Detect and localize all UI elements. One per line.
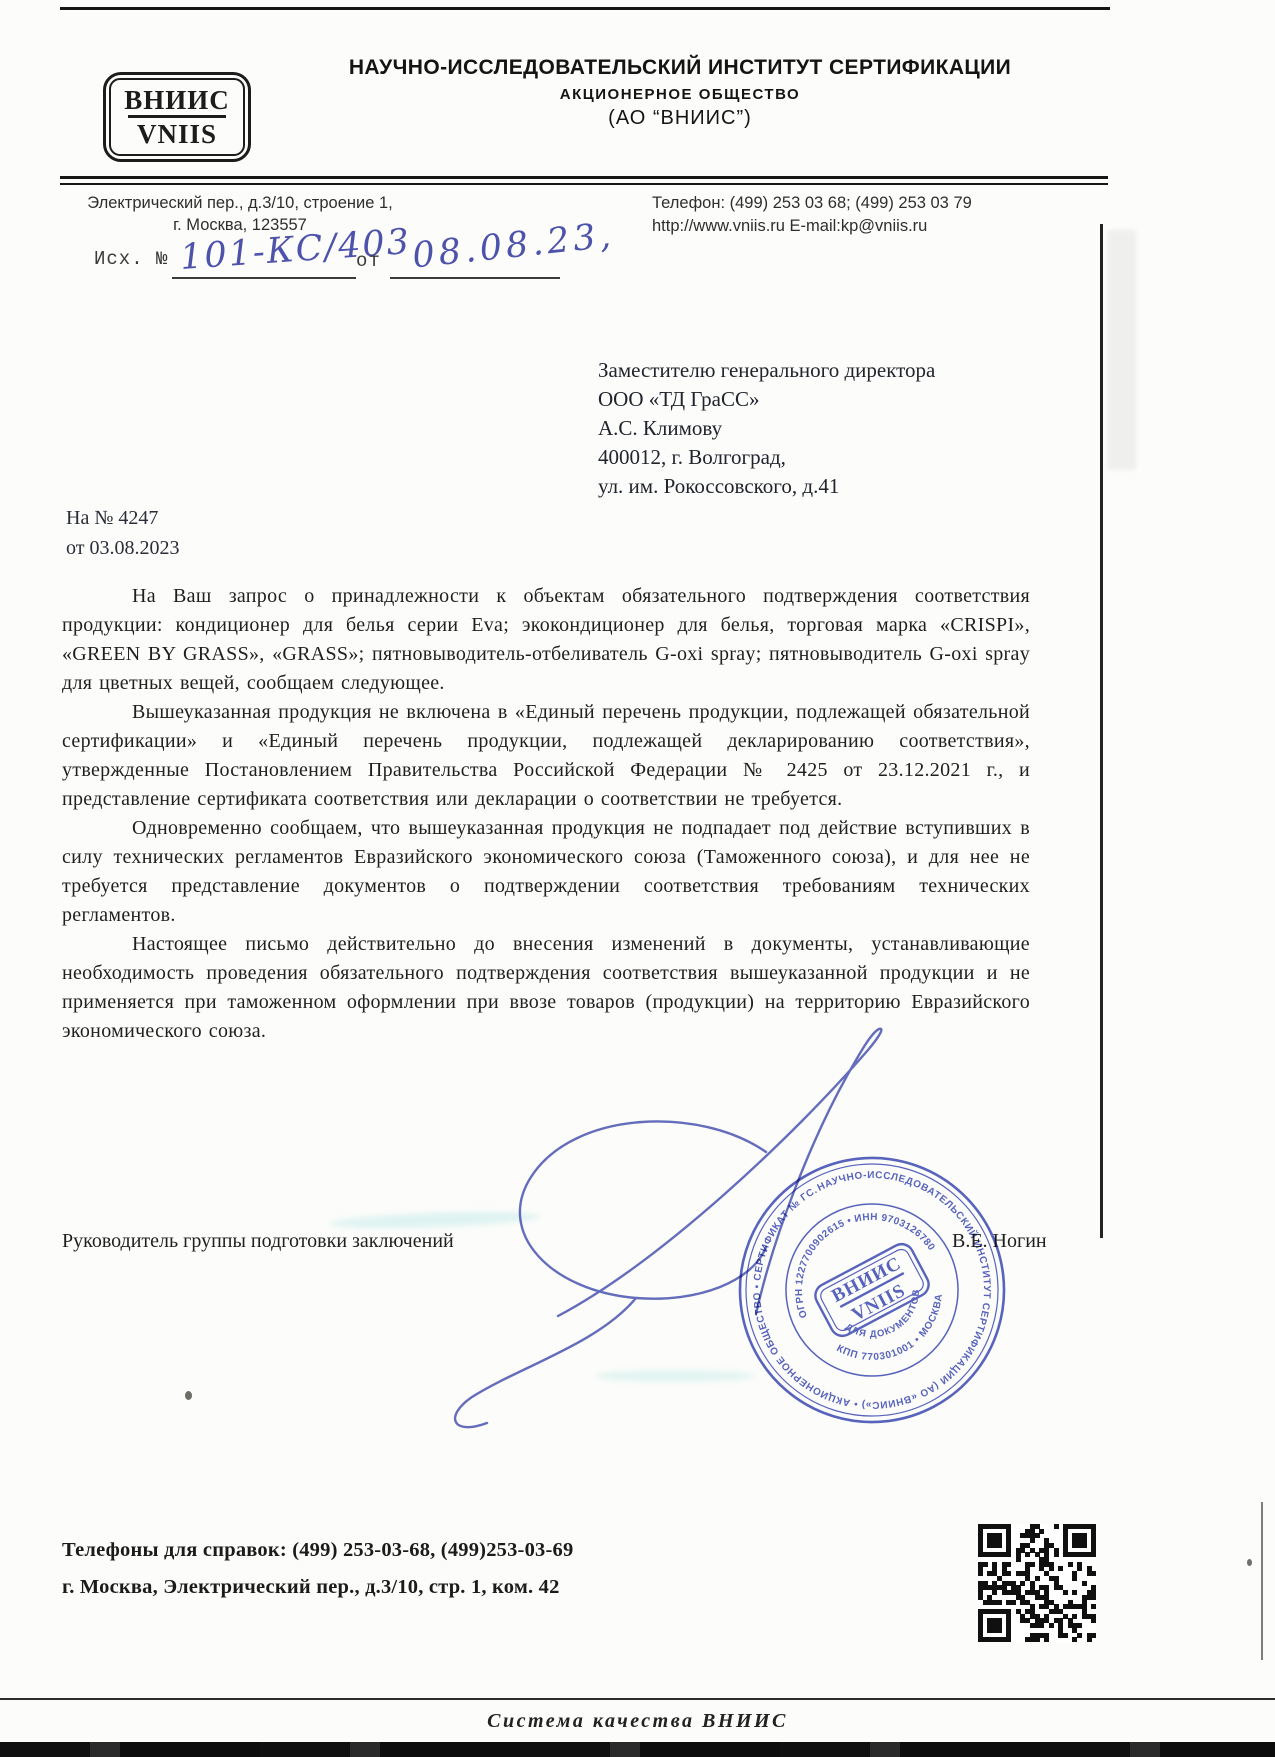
- phone-line: Телефон: (499) 253 03 68; (499) 253 03 7…: [652, 192, 972, 215]
- recipient-company: ООО «ТД ГраСС»: [598, 385, 935, 414]
- logo-text-ru: ВНИИС: [124, 86, 230, 114]
- qr-code: [978, 1524, 1096, 1642]
- recipient-position: Заместителю генерального директора: [598, 356, 935, 385]
- org-subtitle: АКЦИОНЕРНОЕ ОБЩЕСТВО: [275, 86, 1085, 103]
- outgoing-number-label: Исх. №: [94, 248, 168, 270]
- org-title: НАУЧНО-ИССЛЕДОВАТЕЛЬСКИЙ ИНСТИТУТ СЕРТИФ…: [275, 56, 1085, 80]
- ink-speck: [185, 1391, 192, 1400]
- scan-bottom-bar: [0, 1742, 1275, 1757]
- recipient-person: А.С. Климову: [598, 414, 935, 443]
- paragraph-4: Настоящее письмо действительно до внесен…: [62, 930, 1030, 1046]
- scan-right-thin-line: [1261, 1502, 1263, 1660]
- ink-speck: [1247, 1559, 1252, 1566]
- underline: [390, 277, 560, 279]
- vniis-logo-frame: ВНИИС VNIIS: [109, 78, 245, 156]
- paragraph-3: Одновременно сообщаем, что вышеуказанная…: [62, 814, 1030, 930]
- logo-divider: [128, 115, 226, 118]
- scanned-letter-page: ВНИИС VNIIS НАУЧНО-ИССЛЕДОВАТЕЛЬСКИЙ ИНС…: [0, 0, 1275, 1757]
- vniis-logo: ВНИИС VNIIS: [103, 72, 251, 162]
- highlighter-smudge: [330, 1209, 540, 1230]
- reference-block: На № 4247 от 03.08.2023: [66, 503, 179, 563]
- reference-date: от 03.08.2023: [66, 533, 179, 563]
- paragraph-1: На Ваш запрос о принадлежности к объекта…: [62, 582, 1030, 698]
- reference-number: На № 4247: [66, 503, 179, 533]
- letter-body: На Ваш запрос о принадлежности к объекта…: [62, 582, 1030, 1046]
- reference-address-line: г. Москва, Электрический пер., д.3/10, с…: [62, 1569, 573, 1606]
- reference-phones-block: Телефоны для справок: (499) 253-03-68, (…: [62, 1532, 573, 1606]
- underline: [172, 277, 356, 279]
- letterhead: НАУЧНО-ИССЛЕДОВАТЕЛЬСКИЙ ИНСТИТУТ СЕРТИФ…: [275, 56, 1085, 130]
- quality-system-label: Система качества ВНИИС: [0, 1710, 1275, 1733]
- reference-phones-line: Телефоны для справок: (499) 253-03-68, (…: [62, 1532, 573, 1569]
- outgoing-date-handwritten: 08.08.23,: [410, 215, 616, 276]
- scan-right-edge-line: [1100, 224, 1103, 1238]
- recipient-block: Заместителю генерального директора ООО «…: [598, 356, 935, 501]
- outgoing-date-label: от: [356, 250, 381, 272]
- paragraph-2: Вышеуказанная продукция не включена в «Е…: [62, 698, 1030, 814]
- org-contacts: Телефон: (499) 253 03 68; (499) 253 03 7…: [652, 192, 972, 238]
- logo-text-en: VNIIS: [137, 120, 217, 148]
- recipient-street: ул. им. Рокоссовского, д.41: [598, 472, 935, 501]
- footer-divider: [0, 1698, 1275, 1700]
- scan-smudge: [1108, 230, 1136, 470]
- round-stamp: НАУЧНО-ИССЛЕДОВАТЕЛЬСКИЙ ИНСТИТУТ СЕРТИФ…: [722, 1140, 1022, 1440]
- header-divider: [60, 176, 1108, 185]
- signer-position: Руководитель группы подготовки заключени…: [62, 1230, 454, 1253]
- address-line1: Электрический пер., д.3/10, строение 1,: [62, 192, 418, 214]
- web-email-line: http://www.vniis.ru E-mail:kp@vniis.ru: [652, 215, 972, 238]
- recipient-city: 400012, г. Волгоград,: [598, 443, 935, 472]
- org-short-name: (АО “ВНИИС”): [275, 107, 1085, 130]
- scan-top-line: [60, 7, 1110, 10]
